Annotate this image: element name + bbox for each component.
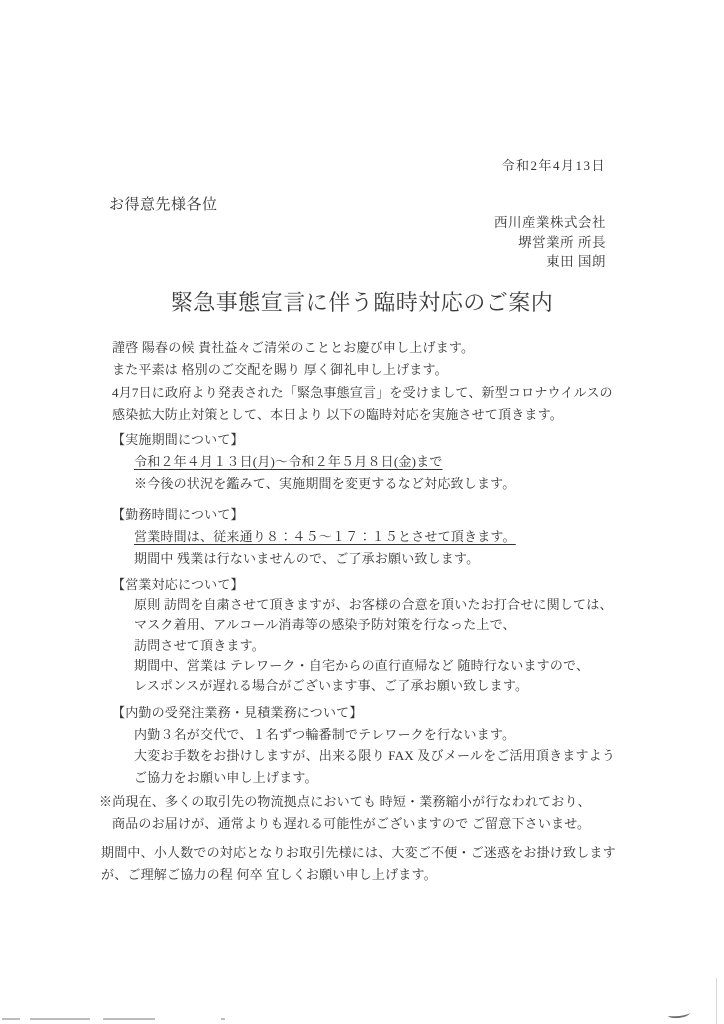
scan-artifact-bottom-dash — [103, 1018, 155, 1020]
section-line: ※今後の状況を鑑みて、実施期間を変更するなど対応致します。 — [134, 473, 516, 495]
greeting-paragraph: 謹啓 陽春の候 貴社益々ご清栄のこととお慶び申し上げます。 また平素は 格別のご… — [112, 337, 613, 426]
section-heading: 【内勤の受発注業務・見積業務について】 — [112, 702, 615, 724]
greeting-line: 感染拡大防止対策として、本日より 以下の臨時対応を実施させて頂きます。 — [112, 404, 613, 426]
section-heading: 【実施期間について】 — [112, 429, 516, 451]
section-line: レスポンスが遅れる場合がございます事、ご了承お願い致します。 — [134, 676, 613, 696]
letter-title: 緊急事態宣言に伴う臨時対応のご案内 — [0, 286, 724, 317]
section-line: 原則 訪問を自粛させて頂きますが、お客様の合意を頂いたお打合せに関しては、 — [134, 595, 613, 615]
section-line: 訪問させて頂きます。 — [134, 636, 613, 656]
scan-artifact-pen-mark — [668, 1009, 691, 1019]
section-line: マスク着用、アルコール消毒等の感染予防対策を行なった上で、 — [134, 615, 613, 635]
letter-date: 令和2年4月13日 — [501, 155, 606, 174]
scan-artifact-bottom-dash — [30, 1018, 90, 1020]
section-line: 大変お手数をお掛けしますが、出来る限り FAX 及びメールをご活用頂きますよう — [134, 745, 615, 767]
closing-line: が、ご理解ご協力の程 何卒 宜しくお願い申し上げます。 — [101, 864, 616, 886]
sender-block: 西川産業株式会社 堺営業所 所長 東田 国朗 — [494, 213, 606, 272]
greeting-line: また平素は 格別のご交配を賜り 厚く御礼申し上げます。 — [112, 359, 613, 381]
scanned-letter-page: 令和2年4月13日 お得意先様各位 西川産業株式会社 堺営業所 所長 東田 国朗… — [0, 0, 724, 1024]
greeting-line: 4月7日に政府より発表された「緊急事態宣言」を受けまして、新型コロナウイルスの — [112, 382, 613, 404]
closing-line: 期間中、小人数での対応となりお取引先様には、大変ご不便・ご迷惑をお掛け致します — [101, 842, 616, 864]
section-line: 令和２年４月１３日(月)～令和２年５月８日(金)まで — [134, 451, 516, 473]
sender-office-title: 堺営業所 所長 — [494, 233, 606, 253]
section-line: ご協力をお願い申し上げます。 — [134, 767, 615, 789]
section-line: 期間中 残業は行ないませんので、ご了承お願い致します。 — [134, 548, 516, 570]
section-line: 内勤３名が交代で、１名ずつ輪番制でテレワークを行ないます。 — [134, 724, 615, 746]
section-implementation-period: 【実施期間について】 令和２年４月１３日(月)～令和２年５月８日(金)まで ※今… — [112, 429, 516, 495]
sender-name: 東田 国朗 — [494, 252, 606, 272]
section-heading: 【営業対応について】 — [112, 575, 613, 595]
note-line: 商品のお届けが、通常よりも遅れる可能性がございますので ご留意下さいませ。 — [112, 813, 591, 835]
section-working-hours: 【勤務時間について】 営業時間は、従来通り８：４５～１７：１５とさせて頂きます。… — [112, 504, 516, 570]
section-line: 営業時間は、従来通り８：４５～１７：１５とさせて頂きます。 — [134, 526, 516, 548]
scan-artifact-bottom-dash — [2, 1018, 20, 1020]
scan-artifact-bottom-dash — [221, 1018, 225, 1020]
note-line: ※尚現在、多くの取引先の物流拠点においても 時短・業務縮小が行なわれており、 — [99, 791, 591, 813]
greeting-line: 謹啓 陽春の候 貴社益々ご清栄のこととお慶び申し上げます。 — [112, 337, 613, 359]
section-heading: 【勤務時間について】 — [112, 504, 516, 526]
scan-artifact-right-edge-line — [716, 978, 717, 1024]
recipient-line: お得意先様各位 — [109, 193, 218, 214]
sender-company: 西川産業株式会社 — [494, 213, 606, 233]
closing-paragraph: 期間中、小人数での対応となりお取引先様には、大変ご不便・ご迷惑をお掛け致します … — [101, 842, 616, 885]
section-office-order-quotation-work: 【内勤の受発注業務・見積業務について】 内勤３名が交代で、１名ずつ輪番制でテレワ… — [112, 702, 615, 788]
section-line: 期間中、営業は テレワーク・自宅からの直行直帰など 随時行ないますので、 — [134, 656, 613, 676]
section-sales-response: 【営業対応について】 原則 訪問を自粛させて頂きますが、お客様の合意を頂いたお打… — [112, 575, 613, 696]
logistics-delay-note: ※尚現在、多くの取引先の物流拠点においても 時短・業務縮小が行なわれており、 商… — [99, 791, 591, 834]
